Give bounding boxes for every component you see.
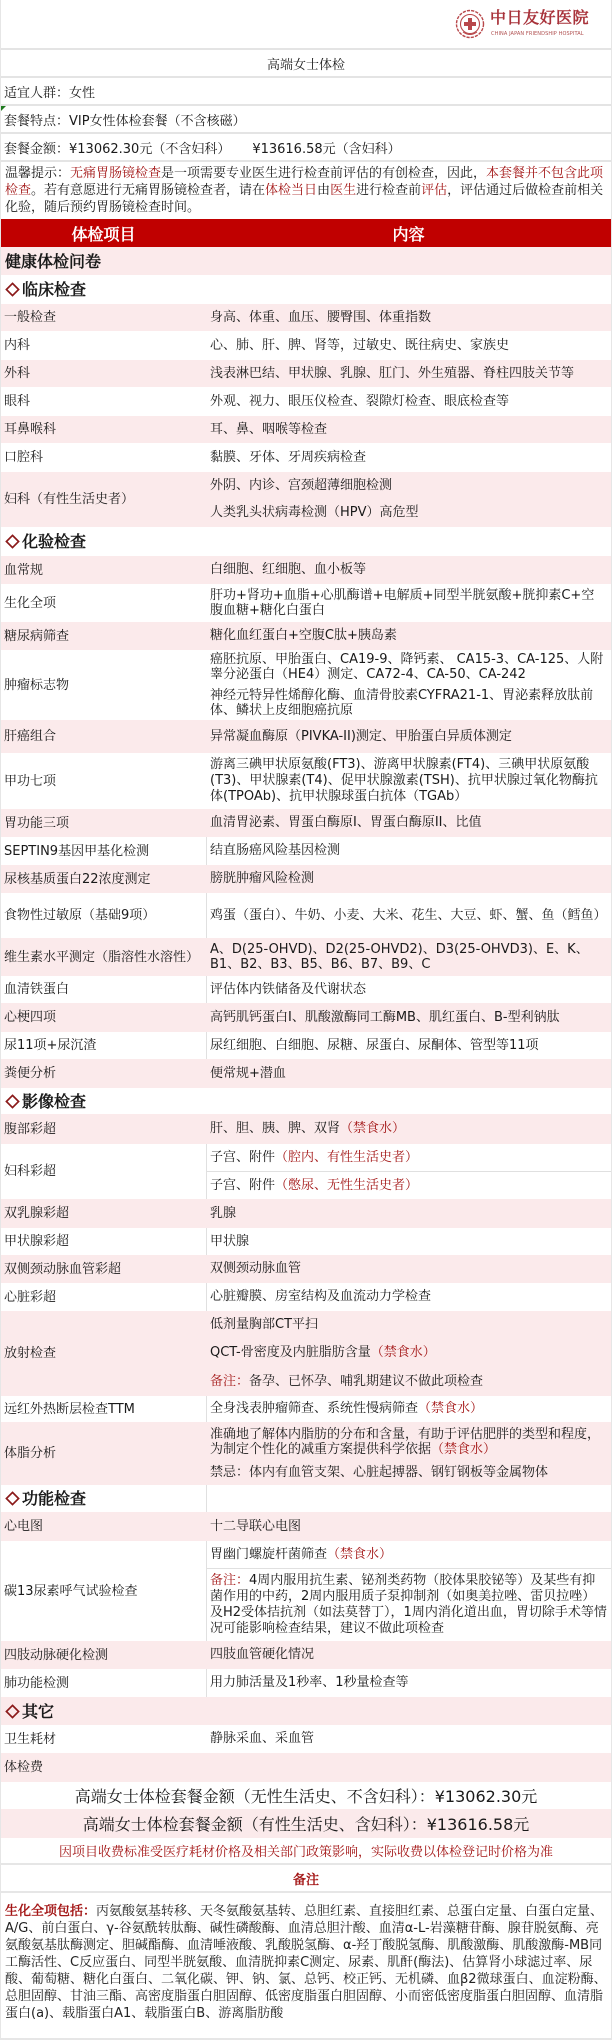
section-title-text: 其它: [22, 1704, 54, 1719]
content-text: 子宫、附件: [210, 1150, 275, 1165]
content-line: QCT-骨密度及内脏脂肪含量（禁食水）: [210, 1345, 607, 1361]
comment-indicator-icon: [1, 106, 6, 111]
item-name: 心脏彩超: [1, 1283, 206, 1311]
table-row: 尿11项+尿沉渣 尿红细胞、白细胞、尿糖、尿蛋白、尿酮体、管型等11项: [1, 1032, 611, 1059]
info-label: 适宜人群：: [4, 82, 69, 101]
section-title: 影像检查: [1, 1088, 206, 1114]
item-name: SEPTIN9基因甲基化检测: [1, 837, 206, 865]
table-row: 甲状腺彩超 甲状腺: [1, 1228, 611, 1255]
content-text: 准确地了解体内脂肪的分布和含量，有助于评估肥胖的类型和程度，为制定个性化的减重方…: [210, 1427, 600, 1457]
content-line: 人类乳头状病毒检测（HPV）高危型: [210, 505, 607, 521]
content-line: 双侧颈动脉血管: [210, 1261, 607, 1277]
table-row: 肝癌组合 异常凝血酶原（PIVKA-II)测定、甲胎蛋白异质体测定: [1, 720, 611, 753]
item-content: 糖化血红蛋白+空腹C肽+胰岛素: [206, 622, 611, 650]
hospital-emblem-icon: [455, 9, 485, 39]
item-content: 用力肺活量及1秒率、1秒量检查等: [206, 1669, 611, 1697]
diamond-icon: [5, 282, 20, 297]
table-row: 肿瘤标志物 癌胚抗原、甲胎蛋白、CA19-9、降钙素、 CA15-3、CA-12…: [1, 650, 611, 720]
content-line: 血清胃泌素、胃蛋白酶原I、胃蛋白酶原II、比值: [210, 815, 607, 831]
content-line: 四肢血管硬化情况: [210, 1647, 607, 1663]
table-row: 尿核基质蛋白22浓度测定 膀胱肿瘤风险检测: [1, 865, 611, 893]
content-line: 白细胞、红细胞、血小板等: [210, 562, 607, 578]
content-line: 胃幽门螺旋杆菌筛查（禁食水）: [210, 1547, 607, 1563]
section-header-imaging: 影像检查: [1, 1088, 611, 1114]
diamond-icon: [5, 534, 20, 549]
item-content: 高钙肌钙蛋白I、肌酸激酶同工酶MB、肌红蛋白、B-型利钠肽: [206, 1003, 611, 1032]
diamond-icon: [5, 1704, 20, 1719]
content-line: 膀胱肿瘤风险检测: [210, 871, 607, 887]
content-line: 甲状腺: [210, 1234, 607, 1250]
item-name: 尿核基质蛋白22浓度测定: [1, 865, 206, 893]
remarks-title: 备注: [1, 1865, 611, 1893]
content-line: 备注：备孕、已怀孕、哺乳期建议不做此项检查: [210, 1374, 607, 1390]
table-row: 血清铁蛋白 评估体内铁储备及代谢状态: [1, 976, 611, 1003]
questionnaire-label: 健康体检问卷: [1, 247, 206, 275]
info-row-audience: 适宜人群：女性: [1, 78, 611, 106]
table-row: 远红外热断层检查TTM 全身浅表肿瘤筛查、系统性慢病筛查（禁食水）: [1, 1396, 611, 1422]
table-row: 一般检查 身高、体重、血压、腰臀围、体重指数: [1, 304, 611, 331]
table-row: 心电图 十二导联心电图: [1, 1512, 611, 1541]
item-content: 血清胃泌素、胃蛋白酶原I、胃蛋白酶原II、比值: [206, 809, 611, 837]
content-text: 肝、胆、胰、脾、双肾: [210, 1121, 340, 1136]
table-row: 碳13尿素呼气试验检查 胃幽门螺旋杆菌筛查（禁食水） 备注：4周内服用抗生素、铋…: [1, 1541, 611, 1641]
table-row: 甲功七项 游离三碘甲状原氨酸(FT3)、游离甲状腺素(FT4)、三碘甲状原氨酸(…: [1, 753, 611, 809]
item-name: 妇科彩超: [1, 1144, 206, 1199]
content-line: 尿红细胞、白细胞、尿糖、尿蛋白、尿酮体、管型等11项: [210, 1038, 607, 1054]
item-content: 膀胱肿瘤风险检测: [206, 865, 611, 893]
item-name: 体检费: [1, 1753, 206, 1782]
item-name: 外科: [1, 360, 206, 387]
item-name: 维生素水平测定（脂溶性水溶性）: [1, 938, 206, 976]
item-content: 白细胞、红细胞、血小板等: [206, 556, 611, 584]
info-value: 女性: [69, 82, 95, 101]
info-label: 套餐特点：: [4, 110, 69, 129]
content-line: 静脉采血、采血管: [210, 1731, 607, 1747]
item-name: 四肢动脉硬化检测: [1, 1641, 206, 1669]
item-name: 一般检查: [1, 304, 206, 331]
content-line: A、D(25-OHVD)、D2(25-OHVD2)、D3(25-OHVD3)、E…: [210, 942, 607, 972]
item-content: 癌胚抗原、甲胎蛋白、CA19-9、降钙素、 CA15-3、CA-125、人附睾分…: [206, 650, 611, 720]
table-row: 生化全项 肝功+肾功+血脂+心肌酶谱+电解质+同型半胱氨酸+胱抑素C+空腹血糖+…: [1, 584, 611, 622]
price-line-without-gyn: 高端女士体检套餐金额（无性生活史、不含妇科）：¥13062.30元: [1, 1782, 611, 1809]
fasting-note: （禁食水）: [418, 1401, 483, 1416]
item-name: 心梗四项: [1, 1003, 206, 1032]
table-row: 胃功能三项 血清胃泌素、胃蛋白酶原I、胃蛋白酶原II、比值: [1, 809, 611, 837]
table-row: 双乳腺彩超 乳腺: [1, 1199, 611, 1228]
diamond-icon: [5, 1491, 20, 1506]
table-row: 粪便分析 便常规+潜血: [1, 1059, 611, 1088]
fasting-note: （禁食水）: [371, 1345, 436, 1360]
item-content: 胃幽门螺旋杆菌筛查（禁食水） 备注：4周内服用抗生素、铋剂类药物（胶体果胶铋等）…: [206, 1541, 611, 1641]
notice-text: 进行检查前: [356, 183, 421, 198]
item-content: 耳、鼻、咽喉等检查: [206, 416, 611, 443]
table-row: SEPTIN9基因甲基化检测 结直肠癌风险基因检测: [1, 837, 611, 865]
item-name: 碳13尿素呼气试验检查: [1, 1541, 206, 1641]
table-row: 体脂分析 准确地了解体内脂肪的分布和含量，有助于评估肥胖的类型和程度，为制定个性…: [1, 1422, 611, 1485]
item-name: 粪便分析: [1, 1059, 206, 1088]
content-line: 十二导联心电图: [210, 1519, 607, 1535]
remarks-label: 生化全项包括：: [5, 1904, 96, 1919]
item-content: 评估体内铁储备及代谢状态: [206, 976, 611, 1003]
content-line: 肝、胆、胰、脾、双肾（禁食水）: [210, 1121, 607, 1137]
notice-highlight: 评估: [421, 183, 447, 198]
content-line: 高钙肌钙蛋白I、肌酸激酶同工酶MB、肌红蛋白、B-型利钠肽: [210, 1010, 607, 1026]
content-line: 糖化血红蛋白+空腹C肽+胰岛素: [210, 628, 607, 644]
table-row: 体检费: [1, 1753, 611, 1782]
item-content: 浅表淋巴结、甲状腺、乳腺、肛门、外生殖器、脊柱四肢关节等: [206, 360, 611, 387]
table-row: 眼科 外观、视力、眼压仪检查、裂隙灯检查、眼底检查等: [1, 387, 611, 416]
notice-paragraph: 温馨提示：无痛胃肠镜检查是一项需要专业医生进行检查前评估的有创检查，因此，本套餐…: [1, 162, 611, 219]
content-subrow: 胃幽门螺旋杆菌筛查（禁食水）: [207, 1541, 611, 1568]
item-name: 远红外热断层检查TTM: [1, 1396, 206, 1422]
item-content: 身高、体重、血压、腰臀围、体重指数: [206, 304, 611, 331]
section-title-text: 化验检查: [22, 534, 86, 549]
content-text: 4周内服用抗生素、铋剂类药物（胶体果胶铋等）及某些有抑菌作用的中药，2周内服用质…: [210, 1573, 607, 1636]
item-content: 异常凝血酶原（PIVKA-II)测定、甲胎蛋白异质体测定: [206, 720, 611, 753]
item-content: A、D(25-OHVD)、D2(25-OHVD2)、D3(25-OHVD3)、E…: [206, 938, 611, 976]
info-row-price: 套餐金额：¥13062.30元（不含妇科）¥13616.58元（含妇科）: [1, 134, 611, 162]
notice-text: 是一项需要专业医生进行检查前评估的有创检查，因此，: [161, 166, 486, 181]
content-line: 心脏瓣膜、房室结构及血流动力学检查: [210, 1289, 607, 1305]
questionnaire-row: 健康体检问卷: [1, 247, 611, 275]
content-text: 子宫、附件: [210, 1178, 275, 1193]
info-label: 套餐金额：: [4, 138, 69, 157]
content-text: QCT-骨密度及内脏脂肪含量: [210, 1345, 371, 1360]
table-header: 体检项目 内容: [1, 219, 611, 247]
content-line: 结直肠癌风险基因检测: [210, 843, 607, 859]
content-line: 乳腺: [210, 1206, 607, 1222]
content-line: 游离三碘甲状原氨酸(FT3)、游离甲状腺素(FT4)、三碘甲状原氨酸(T3)、甲…: [210, 757, 607, 805]
item-name: 食物性过敏原（基础9项）: [1, 893, 206, 938]
info-value: VIP女性体检套餐（不含核磁）: [69, 110, 246, 129]
table-row: 维生素水平测定（脂溶性水溶性） A、D(25-OHVD)、D2(25-OHVD2…: [1, 938, 611, 976]
content-line: 子宫、附件（腔内、有性生活史者）: [210, 1150, 607, 1166]
item-content: 准确地了解体内脂肪的分布和含量，有助于评估肥胖的类型和程度，为制定个性化的减重方…: [206, 1422, 611, 1485]
section-title: 其它: [1, 1697, 206, 1725]
item-content: 静脉采血、采血管: [206, 1725, 611, 1753]
item-name: 肝癌组合: [1, 720, 206, 753]
content-line: 异常凝血酶原（PIVKA-II)测定、甲胎蛋白异质体测定: [210, 729, 607, 745]
item-name: 放射检查: [1, 1311, 206, 1396]
section-title: 化验检查: [1, 527, 206, 556]
column-header-content: 内容: [206, 222, 611, 245]
item-name: 糖尿病筛查: [1, 622, 206, 650]
item-name: 耳鼻喉科: [1, 416, 206, 443]
info-row-feature: 套餐特点：VIP女性体检套餐（不含核磁）: [1, 106, 611, 134]
item-content: 乳腺: [206, 1199, 611, 1228]
price-disclaimer: 因项目收费标准受医疗耗材价格及相关部门政策影响，实际收费以体检登记时价格为准: [1, 1838, 611, 1865]
notice-text: 温馨提示：: [5, 166, 70, 181]
table-row: 心梗四项 高钙肌钙蛋白I、肌酸激酶同工酶MB、肌红蛋白、B-型利钠肽: [1, 1003, 611, 1032]
section-title: 临床检查: [1, 275, 206, 304]
item-content: 四肢血管硬化情况: [206, 1641, 611, 1669]
table-row: 肺功能检测 用力肺活量及1秒率、1秒量检查等: [1, 1669, 611, 1697]
item-content: 子宫、附件（腔内、有性生活史者） 子宫、附件（憋尿、无性生活史者）: [206, 1144, 611, 1199]
content-line: 身高、体重、血压、腰臀围、体重指数: [210, 310, 607, 326]
item-name: 肿瘤标志物: [1, 650, 206, 720]
table-row: 腹部彩超 肝、胆、胰、脾、双肾（禁食水）: [1, 1114, 611, 1144]
section-header-other: 其它: [1, 1697, 611, 1725]
section-title-text: 影像检查: [22, 1094, 86, 1109]
item-content: 肝、胆、胰、脾、双肾（禁食水）: [206, 1114, 611, 1144]
content-subrow: 子宫、附件（腔内、有性生活史者）: [207, 1144, 611, 1171]
item-content: 甲状腺: [206, 1228, 611, 1255]
table-row: 卫生耗材 静脉采血、采血管: [1, 1725, 611, 1753]
content-line: 鸡蛋（蛋白）、牛奶、小麦、大米、花生、大豆、虾、蟹、鱼（鳕鱼）: [210, 908, 607, 923]
column-header-item: 体检项目: [1, 222, 206, 245]
content-line: 肝功+肾功+血脂+心肌酶谱+电解质+同型半胱氨酸+胱抑素C+空腹血糖+糖化白蛋白: [210, 588, 607, 618]
section-title-text: 功能检查: [22, 1491, 86, 1506]
content-line: 浅表淋巴结、甲状腺、乳腺、肛门、外生殖器、脊柱四肢关节等: [210, 366, 607, 382]
logo-row: 中日友好医院 CHINA JAPAN FRIENDSHIP HOSPITAL: [1, 0, 611, 50]
table-row: 口腔科 黏膜、牙体、牙周疾病检查: [1, 443, 611, 472]
item-content: 全身浅表肿瘤筛查、系统性慢病筛查（禁食水）: [206, 1396, 611, 1422]
content-line: 备注：4周内服用抗生素、铋剂类药物（胶体果胶铋等）及某些有抑菌作用的中药，2周内…: [210, 1573, 607, 1637]
item-content: 鸡蛋（蛋白）、牛奶、小麦、大米、花生、大豆、虾、蟹、鱼（鳕鱼）: [206, 893, 611, 938]
item-name: 腹部彩超: [1, 1114, 206, 1144]
item-name: 双乳腺彩超: [1, 1199, 206, 1228]
notice-highlight: 医生: [330, 183, 356, 198]
item-content: 黏膜、牙体、牙周疾病检查: [206, 443, 611, 472]
fasting-note: （禁食水）: [431, 1442, 496, 1457]
content-line: 低剂量胸部CT平扫: [210, 1317, 607, 1333]
content-text: 备孕、已怀孕、哺乳期建议不做此项检查: [249, 1374, 483, 1389]
item-name: 双侧颈动脉血管彩超: [1, 1255, 206, 1283]
info-value: ¥13062.30元（不含妇科）: [69, 138, 230, 157]
item-name: 甲功七项: [1, 753, 206, 809]
item-content: 结直肠癌风险基因检测: [206, 837, 611, 865]
item-content: 尿红细胞、白细胞、尿糖、尿蛋白、尿酮体、管型等11项: [206, 1032, 611, 1059]
item-name: 甲状腺彩超: [1, 1228, 206, 1255]
section-header-lab: 化验检查: [1, 527, 611, 556]
content-line: 耳、鼻、咽喉等检查: [210, 422, 607, 438]
condition-note: （憋尿、无性生活史者）: [275, 1178, 418, 1193]
notice-text: 由: [317, 183, 330, 198]
empty-cell: [206, 1485, 611, 1512]
table-row: 放射检查 低剂量胸部CT平扫 QCT-骨密度及内脏脂肪含量（禁食水） 备注：备孕…: [1, 1311, 611, 1396]
content-text: 全身浅表肿瘤筛查、系统性慢病筛查: [210, 1401, 418, 1416]
table-row: 妇科彩超 子宫、附件（腔内、有性生活史者） 子宫、附件（憋尿、无性生活史者）: [1, 1144, 611, 1199]
item-name: 口腔科: [1, 443, 206, 472]
remark-label: 备注：: [210, 1573, 249, 1588]
item-name: 血常规: [1, 556, 206, 584]
content-line: 外观、视力、眼压仪检查、裂隙灯检查、眼底检查等: [210, 394, 607, 410]
content-line: 黏膜、牙体、牙周疾病检查: [210, 450, 607, 466]
remark-label: 备注：: [210, 1374, 249, 1389]
hospital-name: 中日友好医院: [490, 8, 589, 28]
content-line: 便常规+潜血: [210, 1066, 607, 1082]
content-subrow: 备注：4周内服用抗生素、铋剂类药物（胶体果胶铋等）及某些有抑菌作用的中药，2周内…: [207, 1568, 611, 1641]
item-name: 卫生耗材: [1, 1725, 206, 1753]
content-line: 癌胚抗原、甲胎蛋白、CA19-9、降钙素、 CA15-3、CA-125、人附睾分…: [210, 652, 607, 682]
remarks-body: 生化全项包括：丙氨酸氨基转移、天冬氨酸氨基转、总胆红素、直接胆红素、总蛋白定量、…: [1, 1893, 611, 2040]
content-line: 神经元特异性烯醇化酶、血清骨胶素CYFRA21-1、胃泌素释放肽前体、鳞状上皮细…: [210, 688, 607, 718]
item-content: 外观、视力、眼压仪检查、裂隙灯检查、眼底检查等: [206, 387, 611, 416]
table-row: 双侧颈动脉血管彩超 双侧颈动脉血管: [1, 1255, 611, 1283]
item-content: 便常规+潜血: [206, 1059, 611, 1088]
section-header-functional: 功能检查: [1, 1485, 611, 1512]
item-name: 体脂分析: [1, 1422, 206, 1485]
section-title: 功能检查: [1, 1485, 206, 1512]
content-line: 子宫、附件（憋尿、无性生活史者）: [210, 1178, 607, 1194]
item-content: 双侧颈动脉血管: [206, 1255, 611, 1283]
checkup-package-page: 中日友好医院 CHINA JAPAN FRIENDSHIP HOSPITAL 高…: [0, 0, 612, 2040]
page-title-row: 高端女士体检: [1, 50, 611, 78]
price-line-with-gyn: 高端女士体检套餐金额（有性生活史、含妇科）：¥13616.58元: [1, 1809, 611, 1838]
content-line: 外阴、内诊、宫颈超薄细胞检测: [210, 478, 607, 494]
item-name: 心电图: [1, 1512, 206, 1541]
section-title-text: 临床检查: [22, 282, 86, 297]
notice-text: 。若有意愿进行无痛胃肠镜检查者，请在: [31, 183, 265, 198]
item-name: 肺功能检测: [1, 1669, 206, 1697]
item-name: 内科: [1, 331, 206, 360]
content-subrow: 子宫、附件（憋尿、无性生活史者）: [207, 1171, 611, 1199]
table-row: 耳鼻喉科 耳、鼻、咽喉等检查: [1, 416, 611, 443]
content-line: 禁忌：体内有血管支架、心脏起搏器、钢钉钢板等金属物体: [210, 1465, 607, 1480]
content-line: 全身浅表肿瘤筛查、系统性慢病筛查（禁食水）: [210, 1401, 607, 1417]
notice-highlight: 无痛胃肠镜检查: [70, 166, 161, 181]
table-row: 糖尿病筛查 糖化血红蛋白+空腹C肽+胰岛素: [1, 622, 611, 650]
item-content: 心、肺、肝、脾、肾等，过敏史、既往病史、家族史: [206, 331, 611, 360]
item-name: 尿11项+尿沉渣: [1, 1032, 206, 1059]
diamond-icon: [5, 1094, 20, 1109]
fasting-note: （禁食水）: [340, 1121, 405, 1136]
page-title: 高端女士体检: [267, 54, 345, 73]
info-value-2: ¥13616.58元（含妇科）: [252, 138, 400, 157]
remarks-text: 丙氨酸氨基转移、天冬氨酸氨基转、总胆红素、直接胆红素、总蛋白定量、白蛋白定量、A…: [5, 1904, 607, 2021]
item-name: 胃功能三项: [1, 809, 206, 837]
item-content: 肝功+肾功+血脂+心肌酶谱+电解质+同型半胱氨酸+胱抑素C+空腹血糖+糖化白蛋白: [206, 584, 611, 622]
content-line: 评估体内铁储备及代谢状态: [210, 982, 607, 998]
table-row: 血常规 白细胞、红细胞、血小板等: [1, 556, 611, 584]
content-line: 心、肺、肝、脾、肾等，过敏史、既往病史、家族史: [210, 338, 607, 354]
content-text: 胃幽门螺旋杆菌筛查: [210, 1547, 327, 1562]
item-content: 游离三碘甲状原氨酸(FT3)、游离甲状腺素(FT4)、三碘甲状原氨酸(T3)、甲…: [206, 753, 611, 809]
table-row: 妇科（有性生活史者） 外阴、内诊、宫颈超薄细胞检测 人类乳头状病毒检测（HPV）…: [1, 472, 611, 527]
item-content: 十二导联心电图: [206, 1512, 611, 1541]
fasting-note: （禁食水）: [327, 1547, 392, 1562]
item-content: 低剂量胸部CT平扫 QCT-骨密度及内脏脂肪含量（禁食水） 备注：备孕、已怀孕、…: [206, 1311, 611, 1396]
item-name: 血清铁蛋白: [1, 976, 206, 1003]
content-line: 准确地了解体内脂肪的分布和含量，有助于评估肥胖的类型和程度，为制定个性化的减重方…: [210, 1427, 607, 1457]
table-row: 内科 心、肺、肝、脾、肾等，过敏史、既往病史、家族史: [1, 331, 611, 360]
notice-highlight: 体检当日: [265, 183, 317, 198]
table-row: 食物性过敏原（基础9项） 鸡蛋（蛋白）、牛奶、小麦、大米、花生、大豆、虾、蟹、鱼…: [1, 893, 611, 938]
item-name: 眼科: [1, 387, 206, 416]
table-row: 心脏彩超 心脏瓣膜、房室结构及血流动力学检查: [1, 1283, 611, 1311]
item-name: 妇科（有性生活史者）: [1, 472, 206, 527]
condition-note: （腔内、有性生活史者）: [275, 1150, 418, 1165]
item-content: 心脏瓣膜、房室结构及血流动力学检查: [206, 1283, 611, 1311]
table-row: 四肢动脉硬化检测 四肢血管硬化情况: [1, 1641, 611, 1669]
item-content: 外阴、内诊、宫颈超薄细胞检测 人类乳头状病毒检测（HPV）高危型: [206, 472, 611, 527]
section-header-clinical: 临床检查: [1, 275, 611, 304]
item-name: 生化全项: [1, 584, 206, 622]
hospital-name-en: CHINA JAPAN FRIENDSHIP HOSPITAL: [491, 31, 584, 37]
table-row: 外科 浅表淋巴结、甲状腺、乳腺、肛门、外生殖器、脊柱四肢关节等: [1, 360, 611, 387]
content-line: 用力肺活量及1秒率、1秒量检查等: [210, 1675, 607, 1691]
